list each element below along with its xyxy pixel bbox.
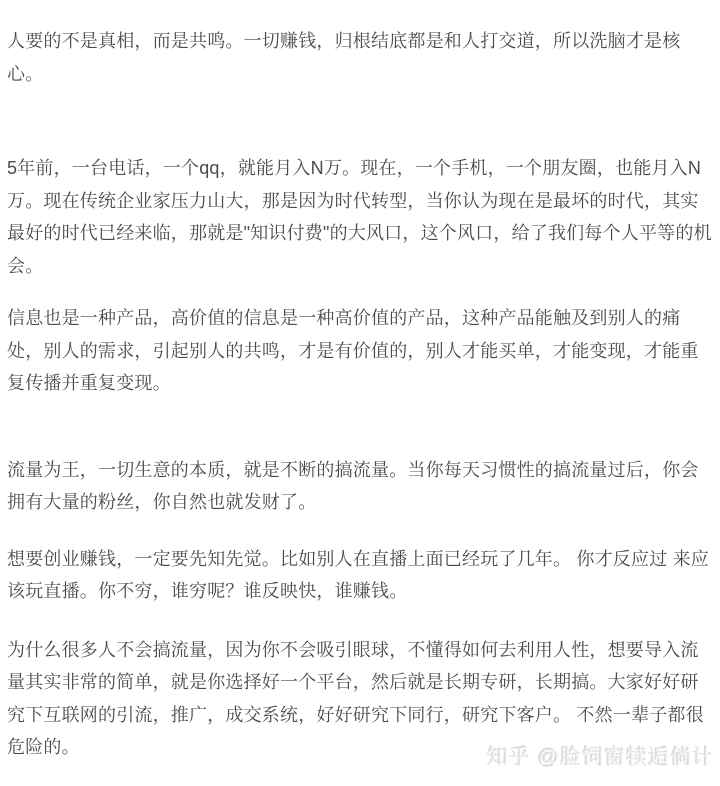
paragraph: 想要创业赚钱，一定要先知先觉。比如别人在直播上面已经玩了几年。 你才反应过 来应… bbox=[7, 543, 712, 608]
text-line: 万。现在传统企业家压力山大，那是因为时代转型，当你认为现在是最坏的时代，其实 bbox=[7, 185, 712, 218]
text-line: 5年前，一台电话，一个qq，就能月入N万。现在，一个手机，一个朋友圈，也能月入N bbox=[7, 152, 712, 185]
text-line: 人要的不是真相，而是共鸣。一切赚钱，归根结底都是和人打交道，所以洗脑才是核 bbox=[7, 25, 712, 58]
paragraph: 人要的不是真相，而是共鸣。一切赚钱，归根结底都是和人打交道，所以洗脑才是核心。 bbox=[7, 25, 712, 90]
text-line: 心。 bbox=[7, 58, 712, 91]
text-line: 信息也是一种产品，高价值的信息是一种高价值的产品，这种产品能触及到别人的痛 bbox=[7, 302, 712, 335]
text-line: 该玩直播。你不穷，谁穷呢？谁反映快，谁赚钱。 bbox=[7, 575, 712, 608]
text-line: 究下互联网的引流，推广，成交系统，好好研究下同行，研究下客户。 不然一辈子都很 bbox=[7, 699, 712, 732]
paragraph: 流量为王，一切生意的本质，就是不断的搞流量。当你每天习惯性的搞流量过后，你会拥有… bbox=[7, 454, 712, 519]
text-line: 处，别人的需求，引起别人的共鸣，才是有价值的，别人才能买单，才能变现，才能重 bbox=[7, 335, 712, 368]
article-page: 人要的不是真相，而是共鸣。一切赚钱，归根结底都是和人打交道，所以洗脑才是核心。 … bbox=[0, 0, 720, 786]
paragraph: 信息也是一种产品，高价值的信息是一种高价值的产品，这种产品能触及到别人的痛处，别… bbox=[7, 302, 712, 400]
text-line: 为什么很多人不会搞流量，因为你不会吸引眼球，不懂得如何去利用人性，想要导入流 bbox=[7, 634, 712, 667]
text-line: 想要创业赚钱，一定要先知先觉。比如别人在直播上面已经玩了几年。 你才反应过 来应 bbox=[7, 543, 712, 576]
text-line: 流量为王，一切生意的本质，就是不断的搞流量。当你每天习惯性的搞流量过后，你会 bbox=[7, 454, 712, 487]
zhihu-watermark: 知乎 @脸饲窗犊逅倘计 bbox=[487, 741, 714, 771]
paragraph: 5年前，一台电话，一个qq，就能月入N万。现在，一个手机，一个朋友圈，也能月入N… bbox=[7, 152, 712, 282]
text-line: 最好的时代已经来临，那就是"知识付费"的大风口，这个风口，给了我们每个人平等的机 bbox=[7, 217, 712, 250]
text-line: 复传播并重复变现。 bbox=[7, 367, 712, 400]
text-line: 量其实非常的简单，就是你选择好一个平台，然后就是长期专研，长期搞。大家好好研 bbox=[7, 666, 712, 699]
article-body: 人要的不是真相，而是共鸣。一切赚钱，归根结底都是和人打交道，所以洗脑才是核心。 … bbox=[0, 0, 720, 764]
text-line: 拥有大量的粉丝，你自然也就发财了。 bbox=[7, 486, 712, 519]
text-line: 会。 bbox=[7, 250, 712, 283]
